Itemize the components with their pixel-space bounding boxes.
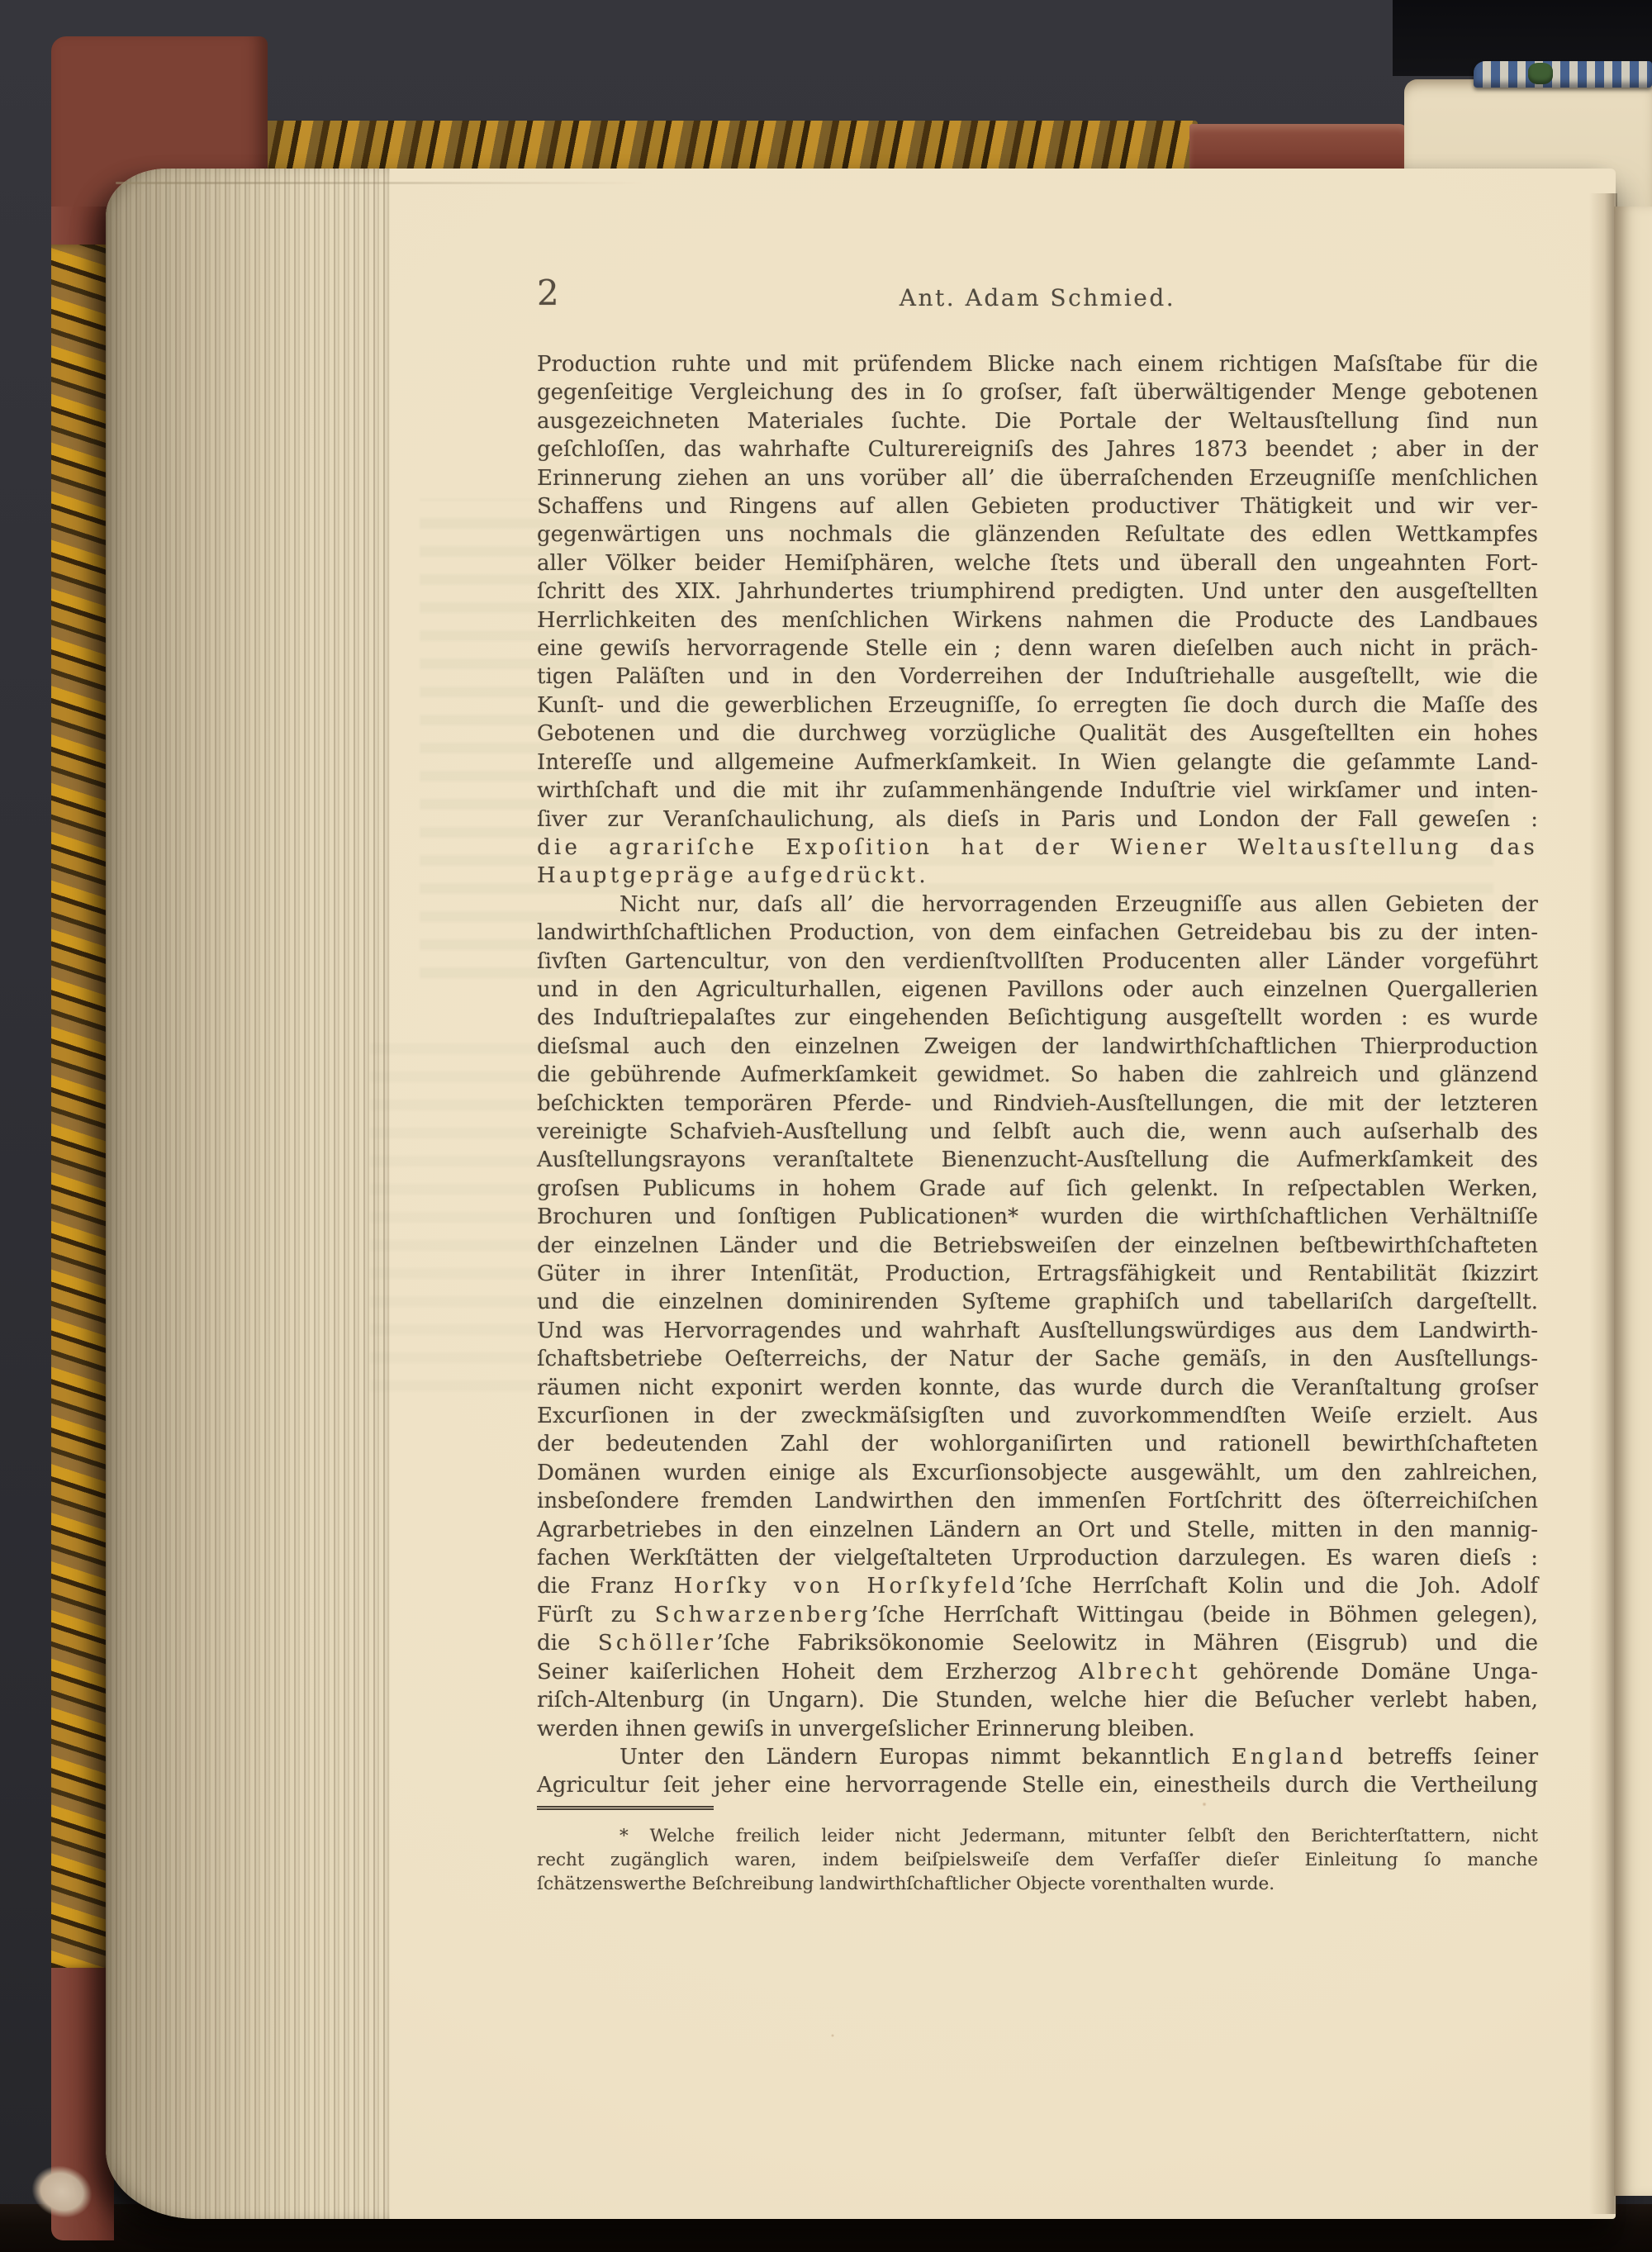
book-photo: 2 Ant. Adam Schmied. Production ruhte un… bbox=[0, 0, 1652, 2252]
text-line: Gebotenen und die durchweg vorzügliche Q… bbox=[537, 720, 1538, 748]
text-line: vereinigte Schafvieh-Ausſtellung und ſel… bbox=[537, 1118, 1538, 1146]
footnote-rule bbox=[537, 1806, 714, 1810]
paragraph: Nicht nur, daſs all’ die hervorragenden … bbox=[537, 891, 1538, 1743]
text-segment: landwirthſchaftlichen Production, von de… bbox=[537, 920, 1538, 945]
text-segment: geſchloſſen, das wahrhafte Culturereigni… bbox=[537, 437, 1538, 462]
text-line: Nicht nur, daſs all’ die hervorragenden … bbox=[537, 891, 1538, 919]
text-line: und die einzelnen dominirenden Syſteme g… bbox=[537, 1288, 1538, 1316]
text-segment: gegenwärtigen uns nochmals die glänzende… bbox=[537, 522, 1538, 547]
text-line: und in den Agriculturhallen, eigenen Pav… bbox=[537, 976, 1538, 1004]
headband-green-tuft bbox=[1528, 63, 1553, 84]
running-head: Ant. Adam Schmied. bbox=[537, 284, 1538, 312]
text-segment: Nicht nur, daſs all’ die hervorragenden … bbox=[619, 892, 1538, 917]
text-line: eine gewiſs hervorragende Stelle ein ; d… bbox=[537, 634, 1538, 663]
text-segment: die Franz bbox=[537, 1574, 674, 1599]
gutter-shadow bbox=[1589, 193, 1617, 2214]
text-segment: Agricultur ſeit jeher eine hervorragende… bbox=[537, 1773, 1538, 1798]
text-line: riſch-Altenburg (in Ungarn). Die Stunden… bbox=[537, 1686, 1538, 1714]
text-line: die Franz Horſky von Horſkyfeld’ſche Her… bbox=[537, 1572, 1538, 1600]
text-segment: beſchickten temporären Pferde- und Rindv… bbox=[537, 1091, 1538, 1116]
text-line: Domänen wurden einige als Excurſionsobje… bbox=[537, 1459, 1538, 1487]
text-segment: insbeſondere fremden Landwirthen den imm… bbox=[537, 1489, 1538, 1513]
headband bbox=[1474, 61, 1652, 88]
text-line: Und was Hervorragendes und wahrhaft Ausſ… bbox=[537, 1317, 1538, 1345]
text-line: Kunſt- und die gewerblichen Erzeugniſſe,… bbox=[537, 691, 1538, 720]
text-line: beſchickten temporären Pferde- und Rindv… bbox=[537, 1090, 1538, 1118]
text-line: gegenwärtigen uns nochmals die glänzende… bbox=[537, 520, 1538, 549]
text-segment: Excurſionen in der zweckmäſsigſten und z… bbox=[537, 1404, 1538, 1428]
text-segment: der einzelnen Länder und die Betriebswei… bbox=[537, 1233, 1538, 1258]
text-line: Production ruhte und mit prüfendem Blick… bbox=[537, 350, 1538, 378]
text-segment: ausgezeichneten Materiales ſuchte. Die P… bbox=[537, 409, 1538, 434]
text-segment: Herrlichkeiten des menſchlichen Wirkens … bbox=[537, 608, 1538, 633]
text-segment: Erinnerung ziehen an uns vorüber all’ di… bbox=[537, 466, 1538, 491]
paragraph: Unter den Ländern Europas nimmt bekanntl… bbox=[537, 1743, 1538, 1800]
text-segment: ’ſche Herrſchaft Kolin und die Joh. Adol… bbox=[1018, 1574, 1538, 1599]
text-segment: die bbox=[537, 1631, 598, 1656]
text-segment: wirthſchaft und die mit ihr zuſammenhäng… bbox=[537, 778, 1538, 803]
text-segment: Production ruhte und mit prüfendem Blick… bbox=[537, 352, 1538, 377]
letterspaced-text: England bbox=[1232, 1745, 1347, 1770]
text-segment: Unter den Ländern Europas nimmt bekanntl… bbox=[619, 1745, 1232, 1770]
letterspaced-text: Schöller bbox=[598, 1631, 717, 1656]
text-line: Hauptgepräge aufgedrückt. bbox=[537, 862, 1538, 890]
text-line: geſchloſſen, das wahrhafte Culturereigni… bbox=[537, 435, 1538, 463]
text-line: dieſsmal auch den einzelnen Zweigen der … bbox=[537, 1033, 1538, 1061]
text-segment: werden ihnen gewiſs in unvergeſslicher E… bbox=[537, 1717, 1195, 1741]
text-segment: aller Völker beider Hemiſphären, welche … bbox=[537, 551, 1538, 576]
text-line: Ausſtellungsrayons veranſtaltete Bienenz… bbox=[537, 1146, 1538, 1174]
body-text: Production ruhte und mit prüfendem Blick… bbox=[537, 350, 1538, 1800]
text-line: recht zugänglich waren, indem beiſpielsw… bbox=[537, 1848, 1538, 1872]
text-line: ſivſten Gartencultur, von den verdienſtv… bbox=[537, 948, 1538, 976]
text-line: Excurſionen in der zweckmäſsigſten und z… bbox=[537, 1402, 1538, 1430]
text-line: räumen nicht exponirt werden konnte, das… bbox=[537, 1374, 1538, 1402]
text-line: wirthſchaft und die mit ihr zuſammenhäng… bbox=[537, 777, 1538, 805]
text-segment: ’ſche Fabriksökonomie Seelowitz in Mähre… bbox=[716, 1631, 1538, 1656]
text-segment: tigen Paläſten und in den Vorderreihen d… bbox=[537, 664, 1538, 689]
text-line: Herrlichkeiten des menſchlichen Wirkens … bbox=[537, 606, 1538, 634]
text-line: Agrarbetriebes in den einzelnen Ländern … bbox=[537, 1516, 1538, 1544]
text-segment: Intereſſe und allgemeine Aufmerkſamkeit.… bbox=[537, 750, 1538, 775]
text-line: ſchaftsbetriebe Oeſterreichs, der Natur … bbox=[537, 1345, 1538, 1373]
text-segment: Domänen wurden einige als Excurſionsobje… bbox=[537, 1461, 1538, 1485]
text-segment: ’ſche Herrſchaft Wittingau (beide in Böh… bbox=[871, 1603, 1538, 1627]
text-line: insbeſondere fremden Landwirthen den imm… bbox=[537, 1487, 1538, 1515]
text-line: ſchritt des XIX. Jahrhundertes triumphir… bbox=[537, 577, 1538, 606]
text-segment: Güter in ihrer Intenſität, Production, E… bbox=[537, 1261, 1538, 1286]
text-line: Fürſt zu Schwarzenberg’ſche Herrſchaft W… bbox=[537, 1601, 1538, 1629]
text-line: Brochuren und ſonſtigen Publicationen* w… bbox=[537, 1203, 1538, 1231]
text-segment: groſsen Publicums in hohem Grade auf ſic… bbox=[537, 1176, 1538, 1201]
text-segment: räumen nicht exponirt werden konnte, das… bbox=[537, 1375, 1538, 1400]
text-segment: fachen Werkſtätten der vielgeſtalteten U… bbox=[537, 1546, 1538, 1570]
text-line: die gebührende Aufmerkſamkeit gewidmet. … bbox=[537, 1061, 1538, 1089]
text-line: der bedeutenden Zahl der wohlorganiſirte… bbox=[537, 1430, 1538, 1458]
text-line: Schaffens und Ringens auf allen Gebieten… bbox=[537, 492, 1538, 520]
text-segment: der bedeutenden Zahl der wohlorganiſirte… bbox=[537, 1432, 1538, 1456]
facing-page-sliver bbox=[1614, 207, 1652, 2196]
page-edge-stack bbox=[106, 169, 390, 2219]
text-segment: vereinigte Schafvieh-Ausſtellung und ſel… bbox=[537, 1119, 1538, 1144]
letterspaced-text: Hauptgepräge aufgedrückt. bbox=[537, 863, 929, 888]
paragraph: Production ruhte und mit prüfendem Blick… bbox=[537, 350, 1538, 891]
letterspaced-text: Horſky von Horſkyfeld bbox=[674, 1574, 1019, 1599]
text-line: ſchätzenswerthe Beſchreibung landwirthſc… bbox=[537, 1872, 1538, 1896]
text-line: Agricultur ſeit jeher eine hervorragende… bbox=[537, 1771, 1538, 1799]
text-segment: Brochuren und ſonſtigen Publicationen* w… bbox=[537, 1204, 1538, 1229]
text-line: die agrariſche Expoſition hat der Wiener… bbox=[537, 834, 1538, 862]
text-segment: Und was Hervorragendes und wahrhaft Ausſ… bbox=[537, 1318, 1538, 1343]
text-segment: ſchaftsbetriebe Oeſterreichs, der Natur … bbox=[537, 1347, 1538, 1371]
text-line: fachen Werkſtätten der vielgeſtalteten U… bbox=[537, 1544, 1538, 1572]
text-segment: des Induſtriepalaſtes zur eingehenden Be… bbox=[537, 1005, 1538, 1030]
text-segment: recht zugänglich waren, indem beiſpielsw… bbox=[537, 1850, 1538, 1870]
text-line: Güter in ihrer Intenſität, Production, E… bbox=[537, 1260, 1538, 1288]
text-segment: gehörende Domäne Unga- bbox=[1201, 1660, 1538, 1684]
letterspaced-text: Albrecht bbox=[1079, 1660, 1201, 1684]
text-segment: Kunſt- und die gewerblichen Erzeugniſſe,… bbox=[537, 693, 1538, 718]
text-segment: eine gewiſs hervorragende Stelle ein ; d… bbox=[537, 636, 1538, 661]
text-segment: die gebührende Aufmerkſamkeit gewidmet. … bbox=[537, 1062, 1538, 1087]
text-segment: Ausſtellungsrayons veranſtaltete Bienenz… bbox=[537, 1147, 1538, 1172]
text-segment: ſchätzenswerthe Beſchreibung landwirthſc… bbox=[537, 1874, 1275, 1894]
text-segment: und die einzelnen dominirenden Syſteme g… bbox=[537, 1290, 1538, 1314]
marbled-paper bbox=[51, 245, 114, 1968]
text-segment: Fürſt zu bbox=[537, 1603, 655, 1627]
text-line: gegenſeitige Vergleichung des in ſo groſ… bbox=[537, 378, 1538, 406]
text-line: werden ihnen gewiſs in unvergeſslicher E… bbox=[537, 1715, 1538, 1743]
text-segment: betreffs ſeiner bbox=[1346, 1745, 1538, 1770]
text-line: ausgezeichneten Materiales ſuchte. Die P… bbox=[537, 407, 1538, 435]
letterspaced-text: Schwarzenberg bbox=[655, 1603, 871, 1627]
text-segment: ſchritt des XIX. Jahrhundertes triumphir… bbox=[537, 579, 1538, 604]
text-segment: Agrarbetriebes in den einzelnen Ländern … bbox=[537, 1518, 1538, 1542]
page-top-edge-line bbox=[116, 182, 644, 184]
text-line: des Induſtriepalaſtes zur eingehenden Be… bbox=[537, 1004, 1538, 1032]
book-cover-left-edge bbox=[51, 207, 114, 2240]
text-line: * Welche freilich leider nicht Jedermann… bbox=[537, 1824, 1538, 1848]
text-segment: und in den Agriculturhallen, eigenen Pav… bbox=[537, 977, 1538, 1002]
text-line: der einzelnen Länder und die Betriebswei… bbox=[537, 1232, 1538, 1260]
text-line: Unter den Ländern Europas nimmt bekanntl… bbox=[537, 1743, 1538, 1771]
text-segment: ſiver zur Veranſchaulichung, als dieſs i… bbox=[537, 807, 1538, 832]
text-line: Seiner kaiſerlichen Hoheit dem Erzherzog… bbox=[537, 1658, 1538, 1686]
letterspaced-text: die agrariſche Expoſition hat der Wiener… bbox=[537, 835, 1538, 860]
text-line: Erinnerung ziehen an uns vorüber all’ di… bbox=[537, 464, 1538, 492]
text-segment: gegenſeitige Vergleichung des in ſo groſ… bbox=[537, 380, 1538, 405]
text-segment: dieſsmal auch den einzelnen Zweigen der … bbox=[537, 1034, 1538, 1059]
text-line: Intereſſe und allgemeine Aufmerkſamkeit.… bbox=[537, 748, 1538, 777]
text-segment: riſch-Altenburg (in Ungarn). Die Stunden… bbox=[537, 1688, 1538, 1713]
text-line: die Schöller’ſche Fabriksökonomie Seelow… bbox=[537, 1629, 1538, 1657]
text-line: aller Völker beider Hemiſphären, welche … bbox=[537, 549, 1538, 577]
text-line: groſsen Publicums in hohem Grade auf ſic… bbox=[537, 1175, 1538, 1203]
text-line: ſiver zur Veranſchaulichung, als dieſs i… bbox=[537, 805, 1538, 834]
text-segment: Seiner kaiſerlichen Hoheit dem Erzherzog bbox=[537, 1660, 1079, 1684]
text-line: tigen Paläſten und in den Vorderreihen d… bbox=[537, 663, 1538, 691]
footnote-text: * Welche freilich leider nicht Jedermann… bbox=[537, 1824, 1538, 1896]
text-segment: ſivſten Gartencultur, von den verdienſtv… bbox=[537, 949, 1538, 974]
text-line: landwirthſchaftlichen Production, von de… bbox=[537, 919, 1538, 947]
text-segment: * Welche freilich leider nicht Jedermann… bbox=[619, 1826, 1538, 1846]
text-segment: Gebotenen und die durchweg vorzügliche Q… bbox=[537, 721, 1538, 746]
text-segment: Schaffens und Ringens auf allen Gebieten… bbox=[537, 494, 1538, 519]
